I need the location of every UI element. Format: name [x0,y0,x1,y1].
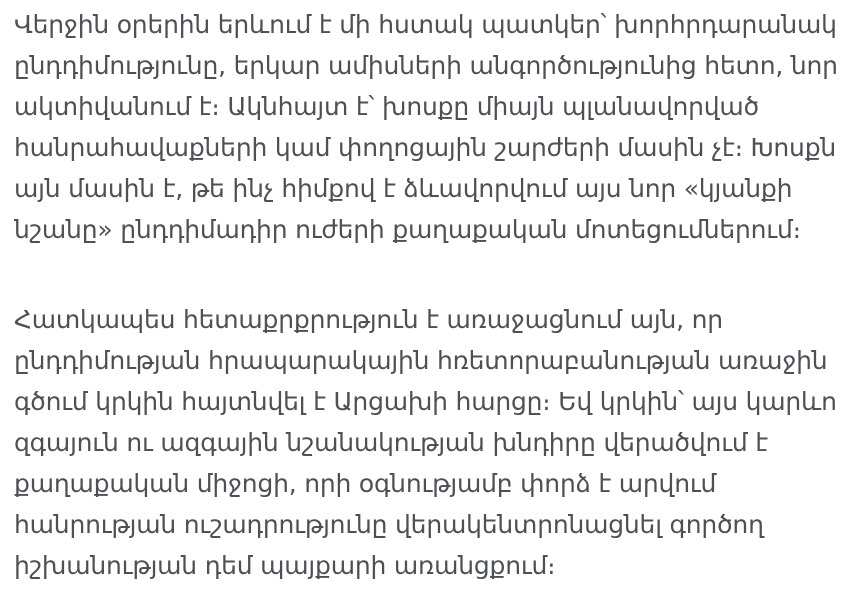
article-body: Վերջին օրերին երևում է մի հստակ պատկեր՝ … [0,0,844,586]
paragraph-1: Վերջին օրերին երևում է մի հստակ պատկեր՝ … [14,4,836,250]
paragraph-2: Հատկապես հետաքրքրություն է առաջացնում այ… [14,299,836,586]
